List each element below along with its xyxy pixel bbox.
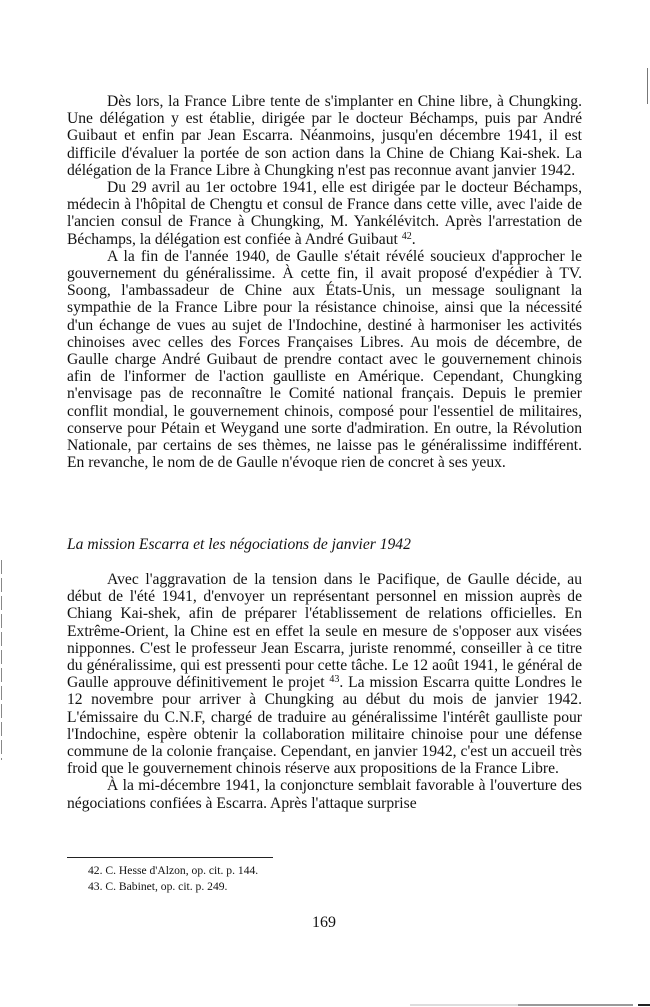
paragraph: Avec l'aggravation de la tension dans le… [67,571,582,777]
footnote-42: 42. C. Hesse d'Alzon, op. cit. p. 144. [88,863,258,879]
footnote-reference[interactable]: 43 [329,674,339,685]
footnote-43: 43. C. Babinet, op. cit. p. 249. [88,879,258,895]
paragraph: Du 29 avril au 1er octobre 1941, elle es… [67,179,582,248]
page-number: 169 [0,914,650,932]
text-block-top: Dès lors, la France Libre tente de s'imp… [67,93,582,471]
footnotes: 42. C. Hesse d'Alzon, op. cit. p. 144. 4… [88,863,258,895]
section-heading: La mission Escarra et les négociations d… [67,536,411,554]
paragraph-text: . [412,231,416,248]
scan-artifact-edge [647,68,648,104]
footnote-reference[interactable]: 42 [402,231,412,242]
scan-artifact-edge [410,1004,650,1006]
scan-artifact-edge [1,560,2,760]
paragraph: Dès lors, la France Libre tente de s'imp… [67,93,582,179]
paragraph: A la fin de l'année 1940, de Gaulle s'ét… [67,248,582,472]
paragraph: À la mi-décembre 1941, la conjoncture se… [67,777,582,811]
paragraph-text: Avec l'aggravation de la tension dans le… [67,571,582,691]
paragraph-text: Du 29 avril au 1er octobre 1941, elle es… [67,179,582,248]
footnote-divider [67,857,273,858]
document-page: Dès lors, la France Libre tente de s'imp… [0,0,650,1007]
page-number-text: 169 [312,914,336,931]
text-block-bottom: Avec l'aggravation de la tension dans le… [67,571,582,812]
